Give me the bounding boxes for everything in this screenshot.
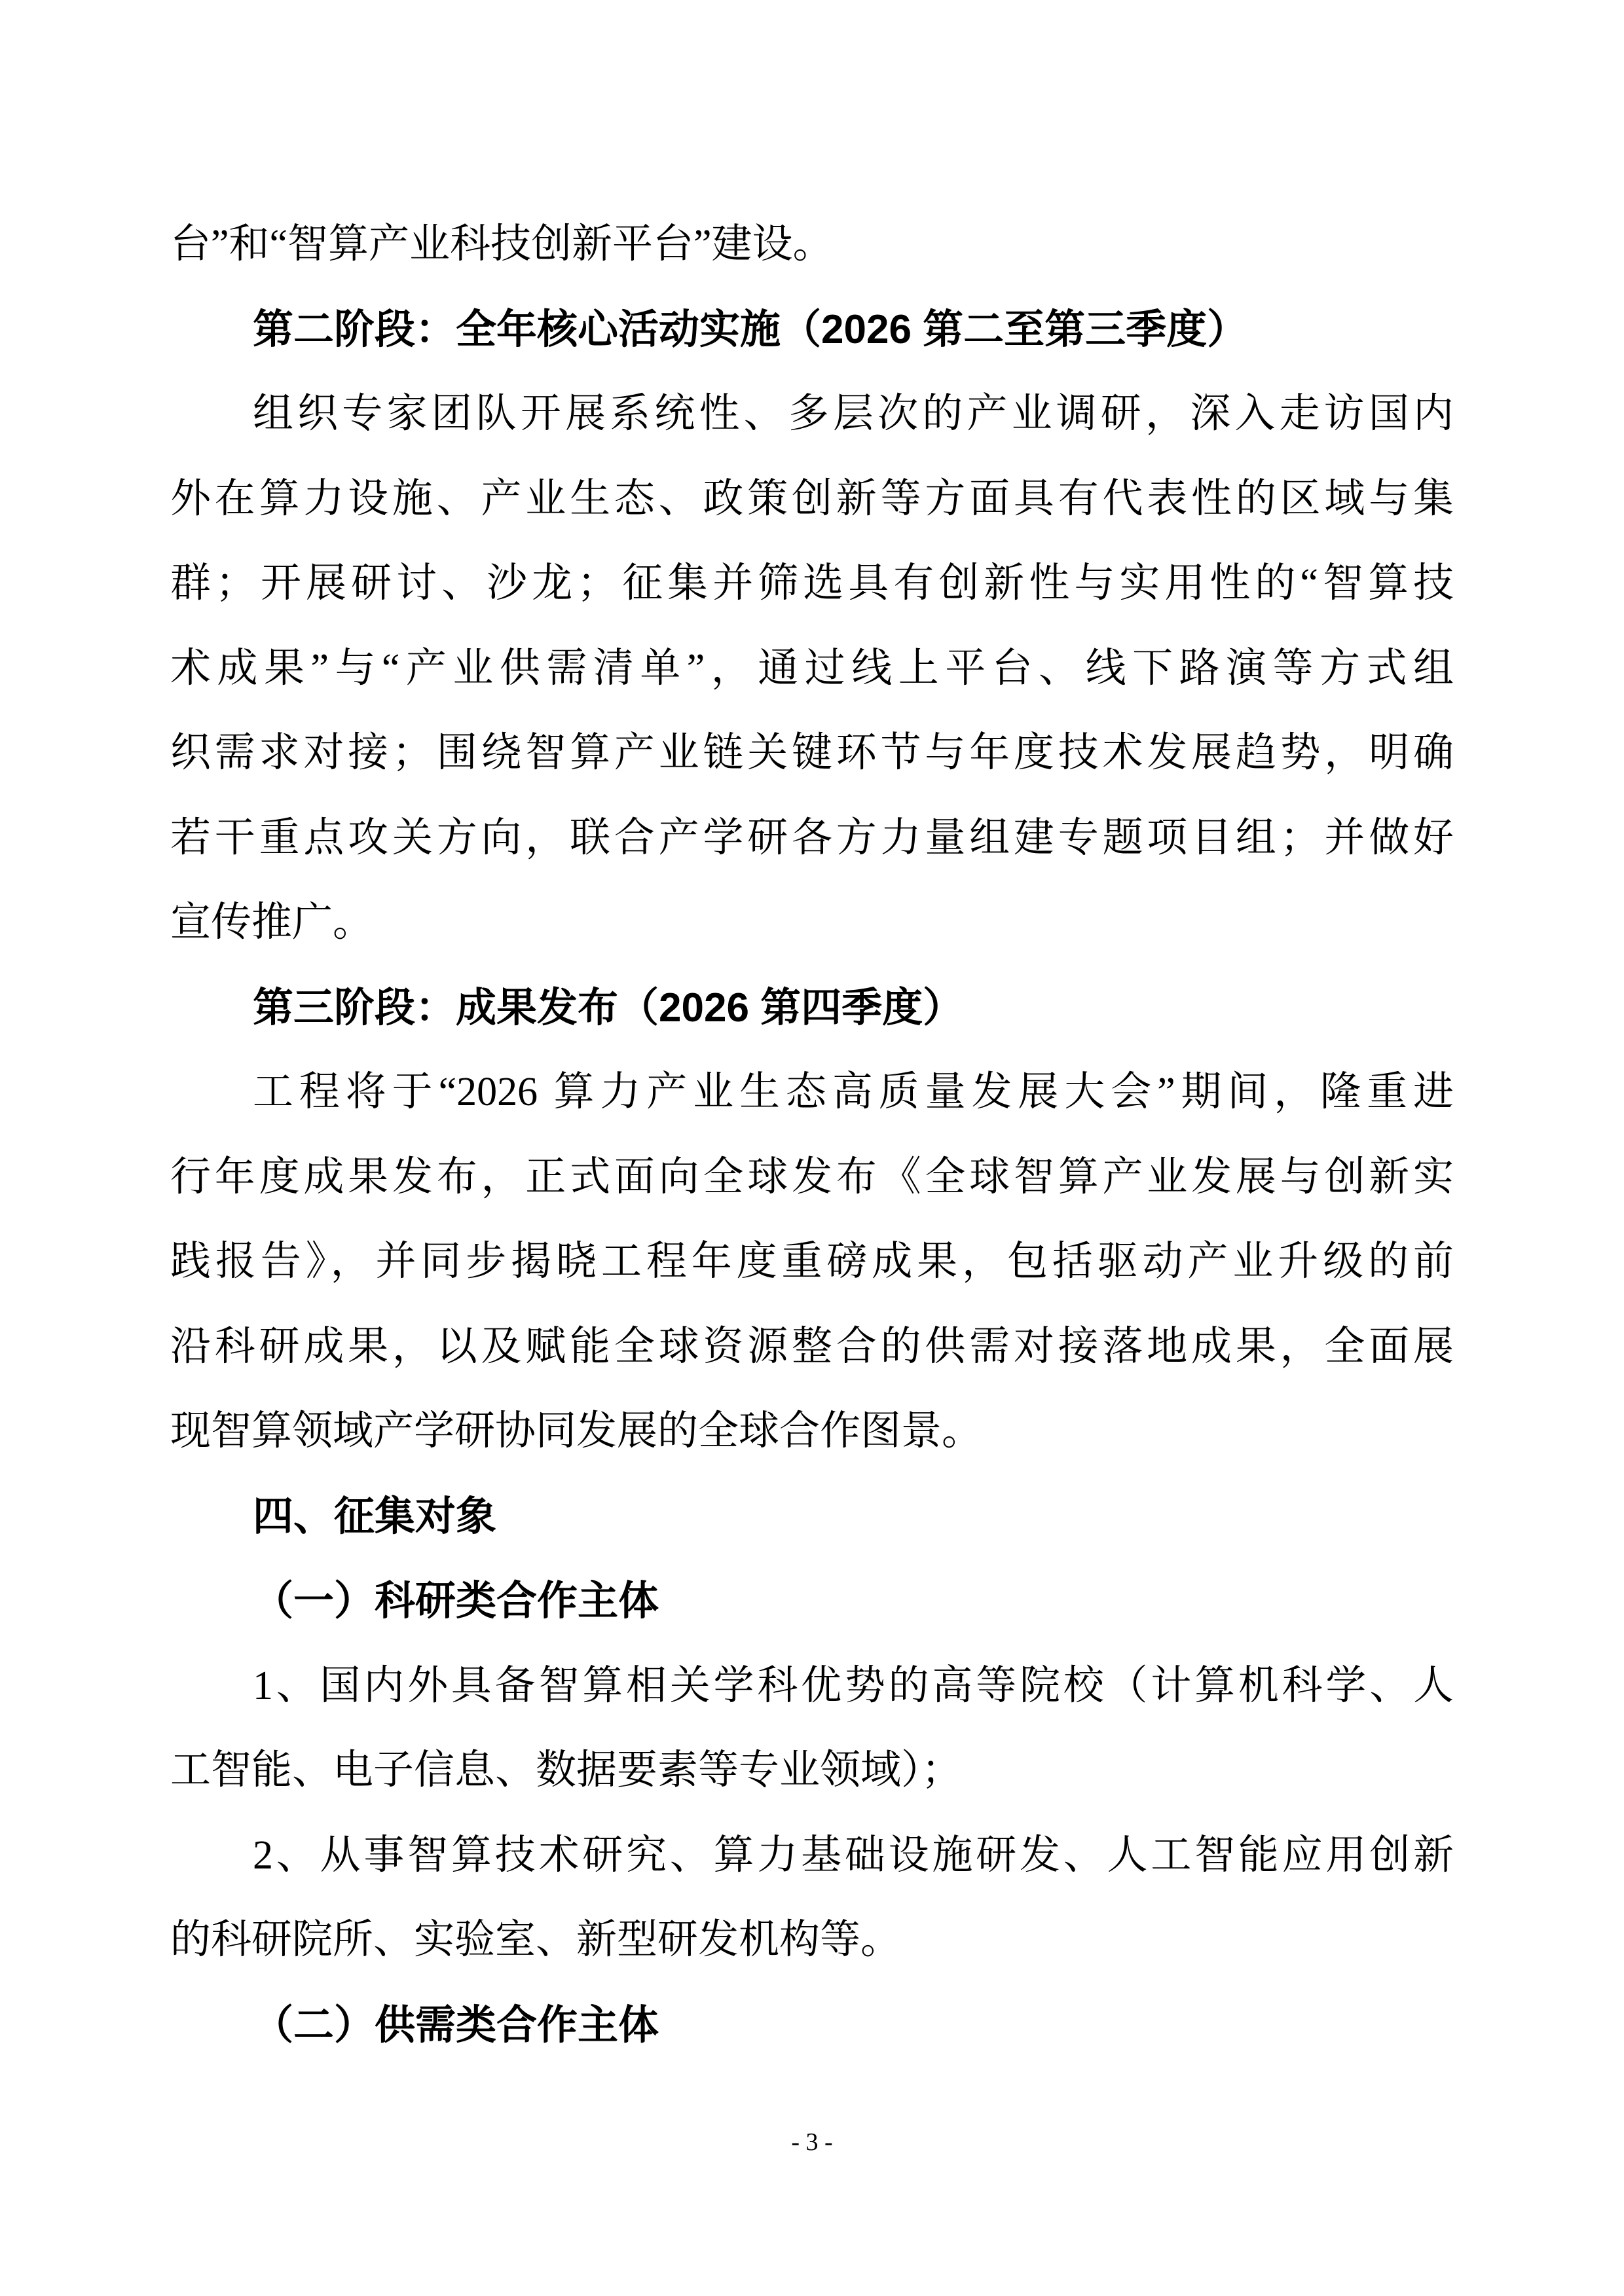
paragraph-line: 行年度成果发布，正式面向全球发布《全球智算产业发展与创新实 bbox=[170, 1135, 1454, 1220]
document-page: 台”和“智算产业科技创新平台”建设。 第二阶段：全年核心活动实施（2026 第二… bbox=[0, 0, 1624, 2296]
text-block: 台”和“智算产业科技创新平台”建设。 第二阶段：全年核心活动实施（2026 第二… bbox=[170, 202, 1454, 2068]
subsection-one-heading: （一）科研类合作主体 bbox=[170, 1559, 1454, 1644]
subsection-two-heading: （二）供需类合作主体 bbox=[170, 1983, 1454, 2068]
paragraph-line: 外在算力设施、产业生态、政策创新等方面具有代表性的区域与集 bbox=[170, 457, 1454, 542]
section-four-heading: 四、征集对象 bbox=[170, 1474, 1454, 1559]
paragraph-line: 工智能、电子信息、数据要素等专业领域）； bbox=[170, 1728, 1454, 1813]
page-number: - 3 - bbox=[0, 2126, 1624, 2158]
paragraph-line: 现智算领域产学研协同发展的全球合作图景。 bbox=[170, 1389, 1454, 1474]
paragraph-line: 织需求对接；围绕智算产业链关键环节与年度技术发展趋势，明确 bbox=[170, 711, 1454, 796]
stage-three-heading: 第三阶段：成果发布（2026 第四季度） bbox=[170, 966, 1454, 1051]
paragraph-line: 组织专家团队开展系统性、多层次的产业调研，深入走访国内 bbox=[170, 372, 1454, 457]
paragraph-line: 工程将于“2026 算力产业生态高质量发展大会”期间，隆重进 bbox=[170, 1050, 1454, 1135]
paragraph-line: 践报告》，并同步揭晓工程年度重磅成果，包括驱动产业升级的前 bbox=[170, 1220, 1454, 1305]
paragraph-line: 沿科研成果，以及赋能全球资源整合的供需对接落地成果，全面展 bbox=[170, 1305, 1454, 1390]
paragraph-line: 2、从事智算技术研究、算力基础设施研发、人工智能应用创新 bbox=[170, 1813, 1454, 1899]
paragraph-line: 若干重点攻关方向，联合产学研各方力量组建专题项目组；并做好 bbox=[170, 796, 1454, 881]
paragraph-line: 宣传推广。 bbox=[170, 881, 1454, 966]
paragraph-line: 1、国内外具备智算相关学科优势的高等院校（计算机科学、人 bbox=[170, 1644, 1454, 1729]
stage-two-heading: 第二阶段：全年核心活动实施（2026 第二至第三季度） bbox=[170, 287, 1454, 373]
paragraph-line: 群；开展研讨、沙龙；征集并筛选具有创新性与实用性的“智算技 bbox=[170, 541, 1454, 627]
paragraph-line: 的科研院所、实验室、新型研发机构等。 bbox=[170, 1898, 1454, 1983]
paragraph-line: 术成果”与“产业供需清单”，通过线上平台、线下路演等方式组 bbox=[170, 627, 1454, 712]
paragraph-line: 台”和“智算产业科技创新平台”建设。 bbox=[170, 202, 1454, 287]
